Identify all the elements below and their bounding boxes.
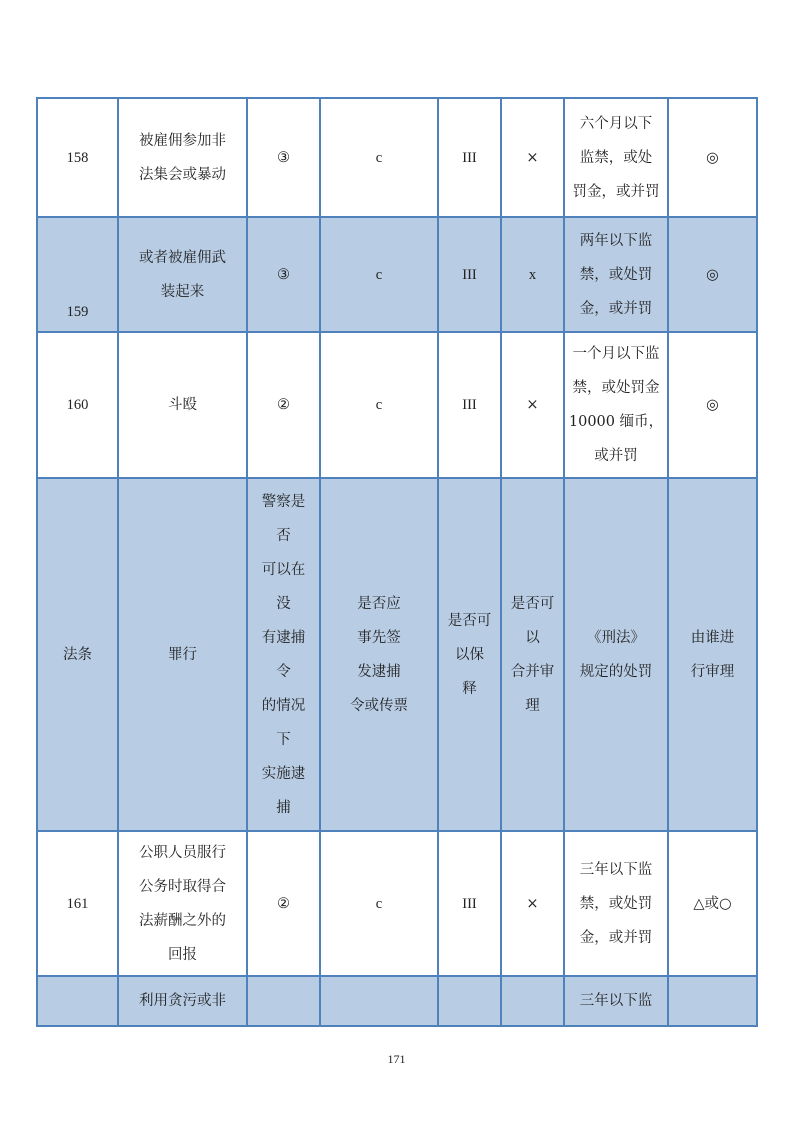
header-bailable: 是否可 以保 释 — [438, 478, 501, 831]
warrant-cell: c — [320, 332, 438, 478]
bailable-cell: III — [438, 217, 501, 332]
page-number: 171 — [0, 1052, 793, 1067]
arrest-without-warrant-cell: ③ — [247, 217, 320, 332]
penalty-cell: 一个月以下监 禁，或处罚金 10000 缅币， 或并罚 — [564, 332, 668, 478]
warrant-cell: c — [320, 98, 438, 217]
bailable-cell: III — [438, 831, 501, 976]
table-row-160: 160 斗殴 ② c III × 一个月以下监 禁，或处罚金 10000 缅币，… — [37, 332, 757, 478]
compoundable-cell: x — [501, 217, 564, 332]
penalty-cell: 两年以下监 禁，或处罚 金，或并罚 — [564, 217, 668, 332]
table-row-158: 158 被雇佣参加非 法集会或暴动 ③ c III × 六个月以下 监禁，或处 … — [37, 98, 757, 217]
warrant-cell — [320, 976, 438, 1026]
article-cell: 158 — [37, 98, 118, 217]
arrest-without-warrant-cell: ② — [247, 831, 320, 976]
header-compoundable: 是否可 以 合并审 理 — [501, 478, 564, 831]
table-header-row: 法条 罪行 警察是 否 可以在 没 有逮捕 令 的情况 下 实施逮 捕 是否应 … — [37, 478, 757, 831]
article-cell: 161 — [37, 831, 118, 976]
header-article: 法条 — [37, 478, 118, 831]
compoundable-cell: × — [501, 98, 564, 217]
table-row-161: 161 公职人员服行 公务时取得合 法薪酬之外的 回报 ② c III × 三年… — [37, 831, 757, 976]
trial-by-cell: ◎ — [668, 332, 757, 478]
arrest-without-warrant-cell: ③ — [247, 98, 320, 217]
trial-by-cell: △或○ — [668, 831, 757, 976]
penalty-cell: 六个月以下 监禁，或处 罚金，或并罚 — [564, 98, 668, 217]
article-cell: 159 — [37, 217, 118, 332]
compoundable-cell: × — [501, 332, 564, 478]
bailable-cell — [438, 976, 501, 1026]
table-row-continued: 利用贪污或非 三年以下监 — [37, 976, 757, 1026]
warrant-cell: c — [320, 831, 438, 976]
trial-by-cell — [668, 976, 757, 1026]
offense-cell: 公职人员服行 公务时取得合 法薪酬之外的 回报 — [118, 831, 247, 976]
offense-cell: 斗殴 — [118, 332, 247, 478]
offense-cell: 或者被雇佣武 装起来 — [118, 217, 247, 332]
compoundable-cell: × — [501, 831, 564, 976]
compoundable-cell — [501, 976, 564, 1026]
article-cell — [37, 976, 118, 1026]
table-row-159: 159 或者被雇佣武 装起来 ③ c III x 两年以下监 禁，或处罚 金，或… — [37, 217, 757, 332]
trial-by-cell: ◎ — [668, 217, 757, 332]
header-offense: 罪行 — [118, 478, 247, 831]
header-trial-by: 由谁进 行审理 — [668, 478, 757, 831]
header-arrest-without-warrant: 警察是 否 可以在 没 有逮捕 令 的情况 下 实施逮 捕 — [247, 478, 320, 831]
penalty-cell: 三年以下监 禁，或处罚 金，或并罚 — [564, 831, 668, 976]
offense-table: 158 被雇佣参加非 法集会或暴动 ③ c III × 六个月以下 监禁，或处 … — [36, 97, 758, 1027]
arrest-without-warrant-cell: ② — [247, 332, 320, 478]
bailable-cell: III — [438, 98, 501, 217]
trial-by-cell: ◎ — [668, 98, 757, 217]
header-warrant-or-summons: 是否应 事先签 发逮捕 令或传票 — [320, 478, 438, 831]
warrant-cell: c — [320, 217, 438, 332]
offense-cell: 被雇佣参加非 法集会或暴动 — [118, 98, 247, 217]
offense-cell: 利用贪污或非 — [118, 976, 247, 1026]
article-cell: 160 — [37, 332, 118, 478]
penalty-cell: 三年以下监 — [564, 976, 668, 1026]
arrest-without-warrant-cell — [247, 976, 320, 1026]
header-penalty: 《刑法》 规定的处罚 — [564, 478, 668, 831]
bailable-cell: III — [438, 332, 501, 478]
